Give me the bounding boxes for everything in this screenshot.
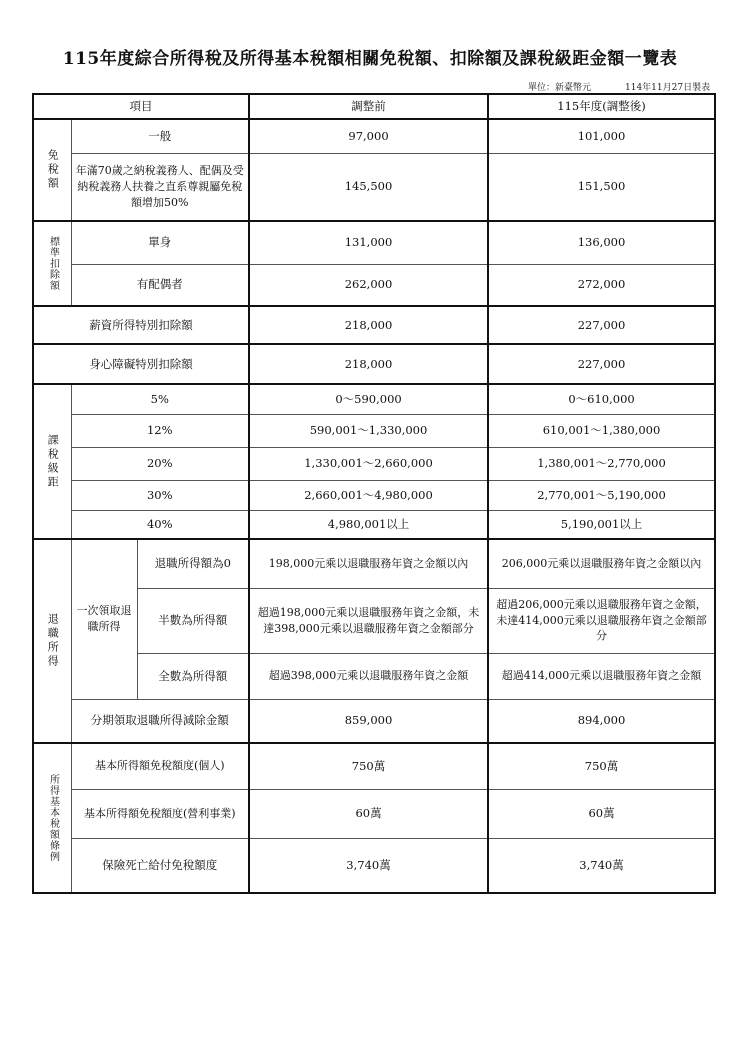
header-item: 項目 [33,94,249,119]
value-after: 610,001～1,380,000 [488,414,715,447]
value-after: 136,000 [488,221,715,264]
bracket-rate: 12% [71,414,249,447]
value-after: 750萬 [488,743,715,789]
value-after: 超過414,000元乘以退職服務年資之金額 [488,653,715,699]
value-before: 2,660,001～4,980,000 [249,480,488,510]
value-after: 60萬 [488,789,715,838]
value-after: 101,000 [488,119,715,153]
tax-amount-table: 項目 調整前 115年度(調整後) 免稅額 一般 97,000 101,000 … [32,93,716,894]
value-before: 198,000元乘以退職服務年資之金額以內 [249,539,488,588]
table-row: 年滿70歲之納稅義務人、配偶及受納稅義務人扶養之直系尊親屬免稅額增加50% 14… [33,153,715,221]
group-tax-brackets: 課稅級距 [33,384,71,539]
value-before: 262,000 [249,264,488,306]
value-before: 218,000 [249,344,488,384]
table-header-row: 項目 調整前 115年度(調整後) [33,94,715,119]
table-row: 30% 2,660,001～4,980,000 2,770,001～5,190,… [33,480,715,510]
value-before: 60萬 [249,789,488,838]
value-after: 0～610,000 [488,384,715,414]
row-label: 一般 [71,119,249,153]
row-label: 有配偶者 [71,264,249,306]
header-after: 115年度(調整後) [488,94,715,119]
row-label: 半數為所得額 [137,588,249,653]
table-row: 有配偶者 262,000 272,000 [33,264,715,306]
row-label: 退職所得額為0 [137,539,249,588]
row-label: 年滿70歲之納稅義務人、配偶及受納稅義務人扶養之直系尊親屬免稅額增加50% [71,153,249,221]
row-label: 基本所得額免稅額度(個人) [71,743,249,789]
value-after: 3,740萬 [488,838,715,893]
value-before: 859,000 [249,699,488,743]
row-label: 全數為所得額 [137,653,249,699]
value-before: 超過398,000元乘以退職服務年資之金額 [249,653,488,699]
document-title: 115年度綜合所得稅及所得基本稅額相關免稅額、扣除額及課稅級距金額一覽表 [0,44,740,69]
group-standard-deduction: 標準扣除額 [33,221,71,306]
table-row: 40% 4,980,001以上 5,190,001以上 [33,510,715,539]
table-row: 保險死亡給付免稅額度 3,740萬 3,740萬 [33,838,715,893]
group-amt: 所得基本稅額條例 [33,743,71,893]
lump-sum-label: 一次領取退職所得 [71,539,137,699]
value-after: 5,190,001以上 [488,510,715,539]
value-after: 2,770,001～5,190,000 [488,480,715,510]
value-before: 218,000 [249,306,488,344]
unit-note: 單位：新臺幣元 [528,80,591,93]
value-after: 272,000 [488,264,715,306]
header-before: 調整前 [249,94,488,119]
value-after: 1,380,001～2,770,000 [488,447,715,480]
value-after: 227,000 [488,344,715,384]
group-retirement: 退職所得 [33,539,71,743]
table-row: 所得基本稅額條例 基本所得額免稅額度(個人) 750萬 750萬 [33,743,715,789]
value-after: 227,000 [488,306,715,344]
table-row: 薪資所得特別扣除額 218,000 227,000 [33,306,715,344]
row-label: 單身 [71,221,249,264]
value-after: 206,000元乘以退職服務年資之金額以內 [488,539,715,588]
value-before: 750萬 [249,743,488,789]
table-row: 課稅級距 5% 0～590,000 0～610,000 [33,384,715,414]
table-row: 免稅額 一般 97,000 101,000 [33,119,715,153]
table-row: 12% 590,001～1,330,000 610,001～1,380,000 [33,414,715,447]
value-after: 超過206,000元乘以退職服務年資之金額，未達414,000元乘以退職服務年資… [488,588,715,653]
bracket-rate: 30% [71,480,249,510]
date-note: 114年11月27日製表 [625,80,710,93]
table-row: 身心障礙特別扣除額 218,000 227,000 [33,344,715,384]
bracket-rate: 40% [71,510,249,539]
value-before: 590,001～1,330,000 [249,414,488,447]
group-exemption: 免稅額 [33,119,71,221]
value-before: 3,740萬 [249,838,488,893]
bracket-rate: 5% [71,384,249,414]
table-row: 標準扣除額 單身 131,000 136,000 [33,221,715,264]
value-before: 131,000 [249,221,488,264]
value-after: 894,000 [488,699,715,743]
row-label: 分期領取退職所得減除金額 [71,699,249,743]
value-after: 151,500 [488,153,715,221]
table-row: 基本所得額免稅額度(營利事業) 60萬 60萬 [33,789,715,838]
table-row: 20% 1,330,001～2,660,000 1,380,001～2,770,… [33,447,715,480]
row-label: 薪資所得特別扣除額 [33,306,249,344]
table-row: 退職所得 一次領取退職所得 退職所得額為0 198,000元乘以退職服務年資之金… [33,539,715,588]
value-before: 145,500 [249,153,488,221]
table-row: 分期領取退職所得減除金額 859,000 894,000 [33,699,715,743]
value-before: 0～590,000 [249,384,488,414]
value-before: 4,980,001以上 [249,510,488,539]
row-label: 保險死亡給付免稅額度 [71,838,249,893]
value-before: 超過198,000元乘以退職服務年資之金額，未達398,000元乘以退職服務年資… [249,588,488,653]
bracket-rate: 20% [71,447,249,480]
row-label: 基本所得額免稅額度(營利事業) [71,789,249,838]
value-before: 97,000 [249,119,488,153]
row-label: 身心障礙特別扣除額 [33,344,249,384]
value-before: 1,330,001～2,660,000 [249,447,488,480]
